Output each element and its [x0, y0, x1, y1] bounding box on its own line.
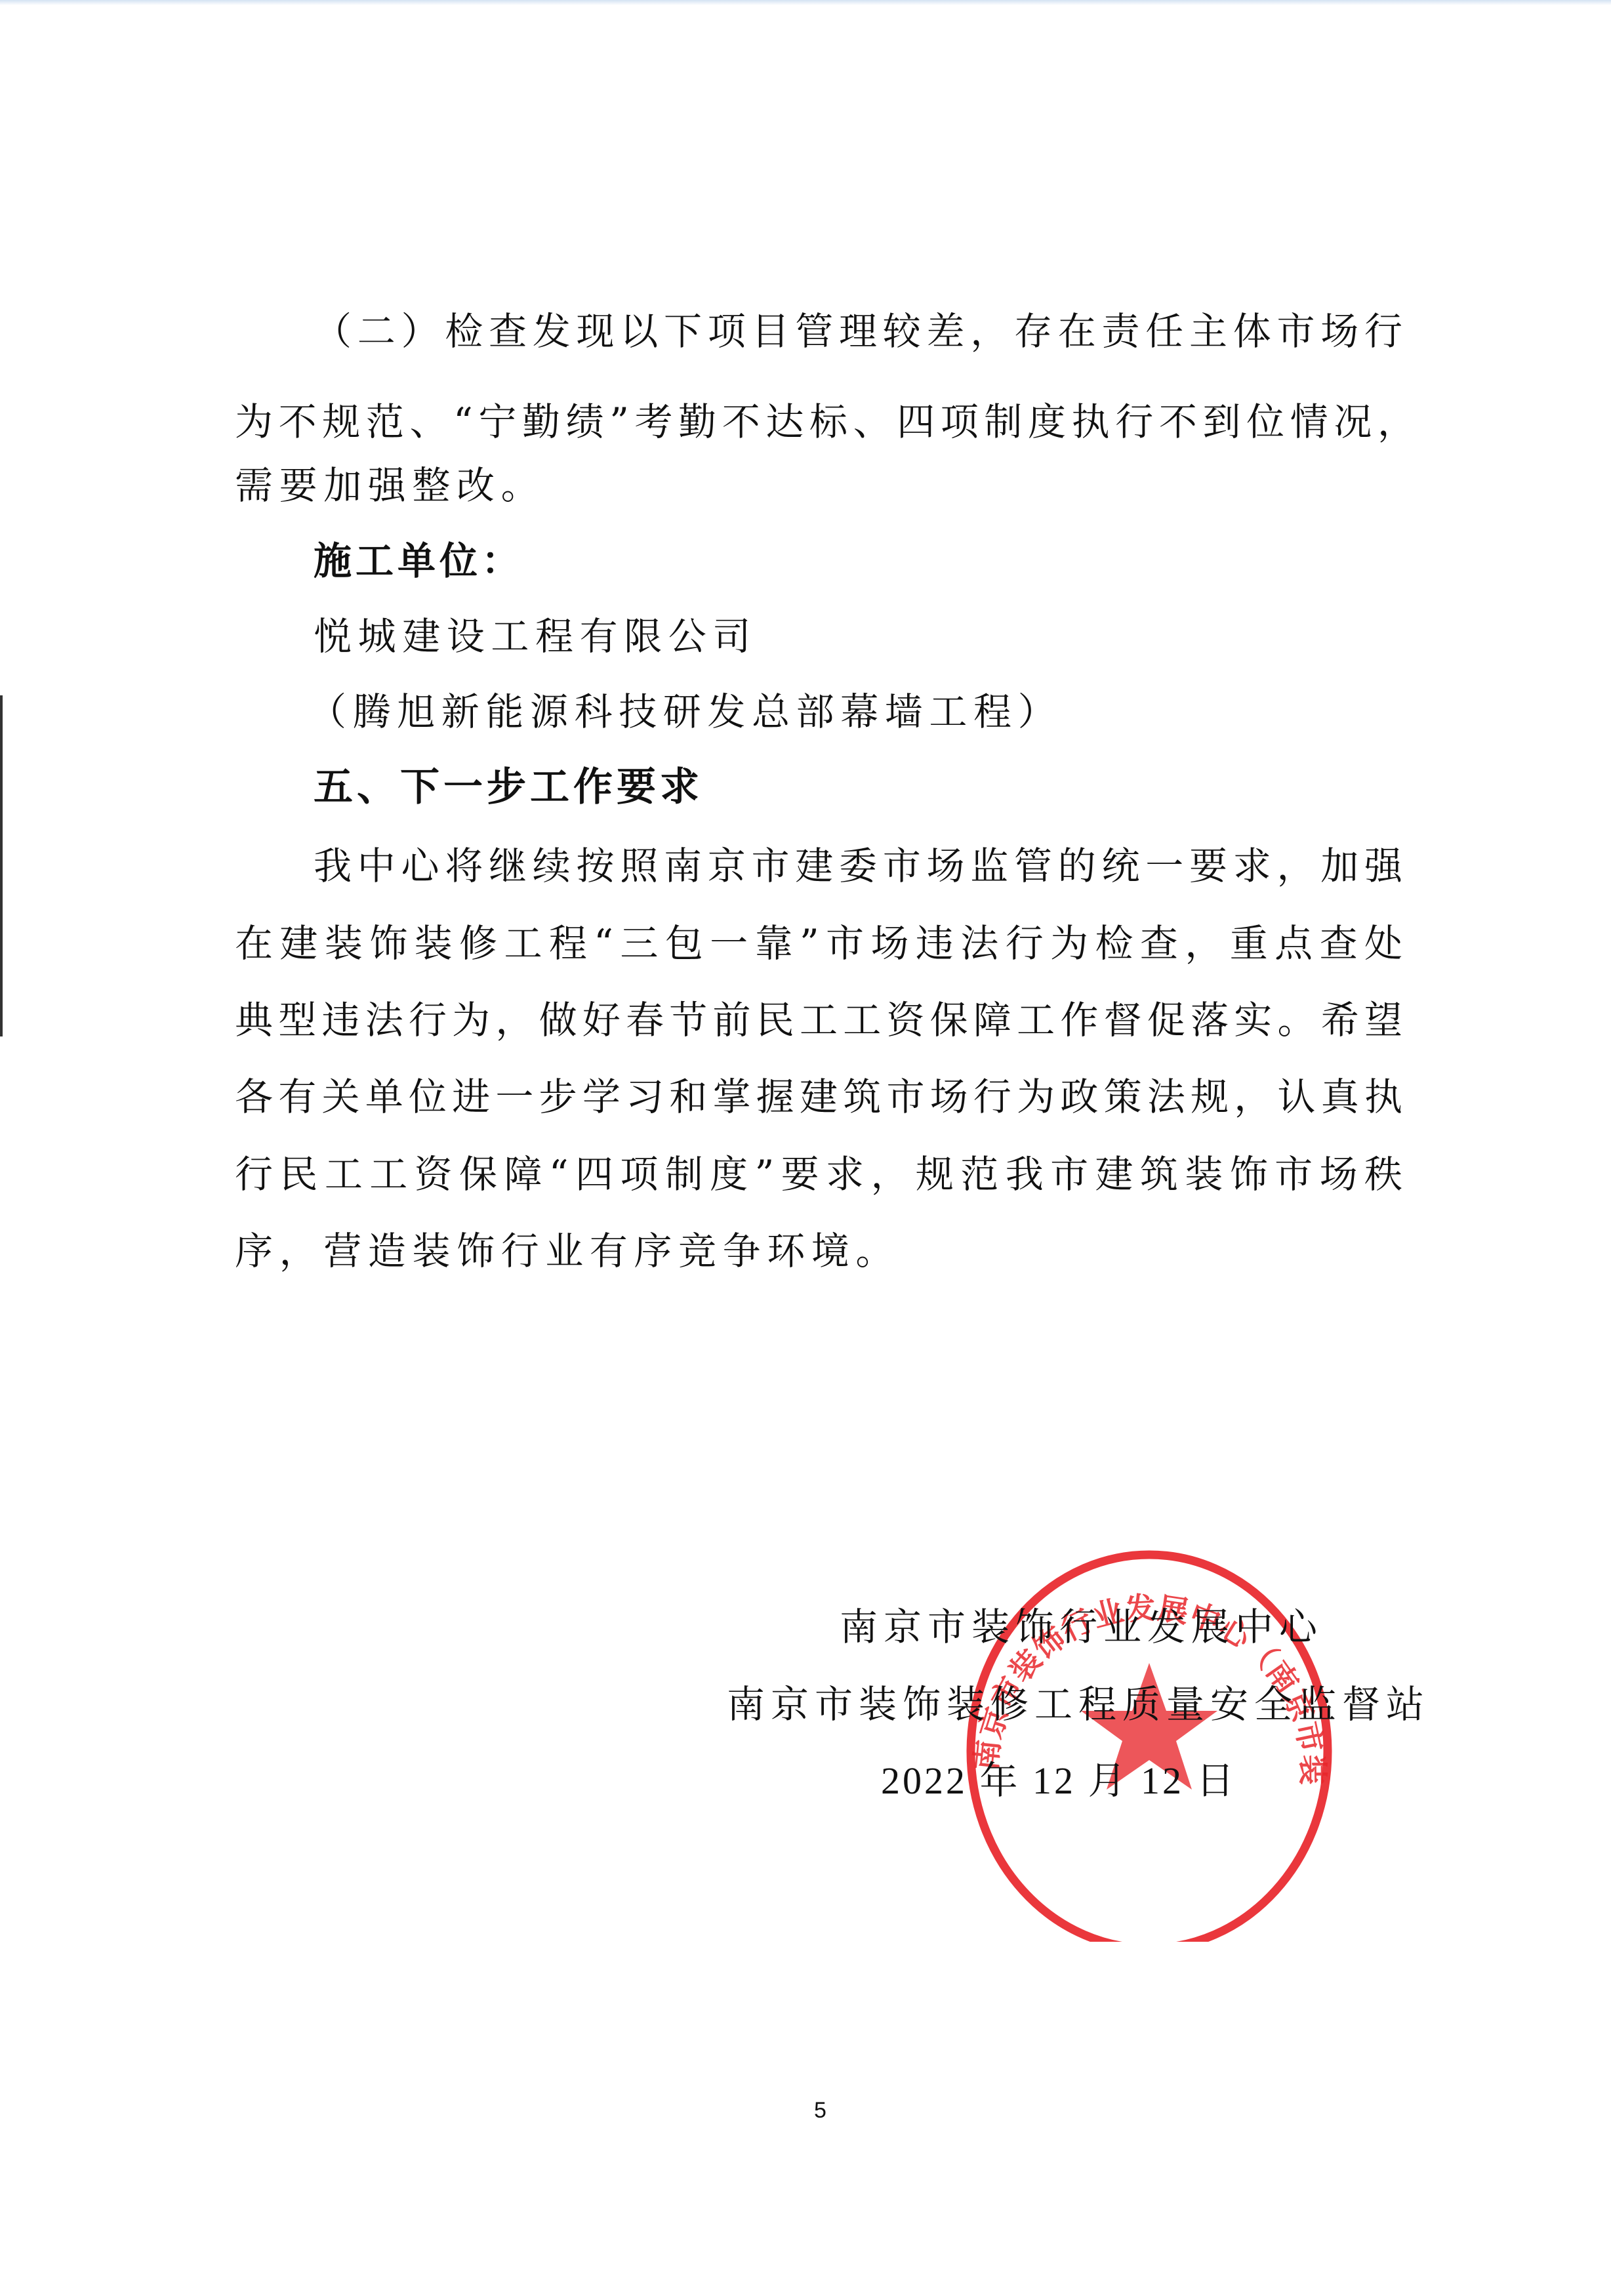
page-number: 5 — [814, 2098, 826, 2123]
paragraph-line: 各有关单位进一步学习和掌握建筑市场行为政策法规，认真执 — [235, 1074, 1402, 1120]
section-five-heading: 五、下一步工作要求 — [314, 764, 703, 810]
paragraph-line: 需要加强整改。 — [235, 462, 545, 508]
scan-artifact-left-edge — [0, 695, 3, 1036]
signature-org-1: 南京市装饰行业发展中心 — [840, 1604, 1323, 1650]
paragraph-line: 序，营造装饰行业有序竞争环境。 — [235, 1228, 900, 1274]
signature-date: 2022 年 12 月 12 日 — [881, 1758, 1237, 1804]
paragraph-line: 行民工工资保障“四项制度”要求，规范我市建筑装饰市场秩 — [235, 1151, 1402, 1197]
paragraph-line: 典型违法行为，做好春节前民工工资保障工作督促落实。希望 — [235, 997, 1402, 1043]
contractor-company: 悦城建设工程有限公司 — [314, 613, 757, 659]
paragraph-line: 我中心将继续按照南京市建委市场监管的统一要求，加强 — [314, 843, 1402, 889]
paragraph-line: （二）检查发现以下项目管理较差，存在责任主体市场行 — [314, 308, 1402, 354]
paragraph-line: 在建装饰装修工程“三包一靠”市场违法行为检查，重点查处 — [235, 920, 1402, 966]
contractor-label: 施工单位： — [314, 538, 523, 584]
scan-artifact-top — [0, 0, 1611, 5]
paragraph-line: 为不规范、“宁勤绩”考勤不达标、四项制度执行不到位情况， — [235, 399, 1416, 445]
contractor-project: （腾旭新能源科技研发总部幕墙工程） — [308, 689, 1062, 735]
signature-org-2: 南京市装饰装修工程质量安全监督站 — [727, 1681, 1430, 1727]
official-seal-stamp: 南京市装饰行业发展中心（南京市装饰装修工程质量安全监督站） — [918, 1535, 1377, 1942]
